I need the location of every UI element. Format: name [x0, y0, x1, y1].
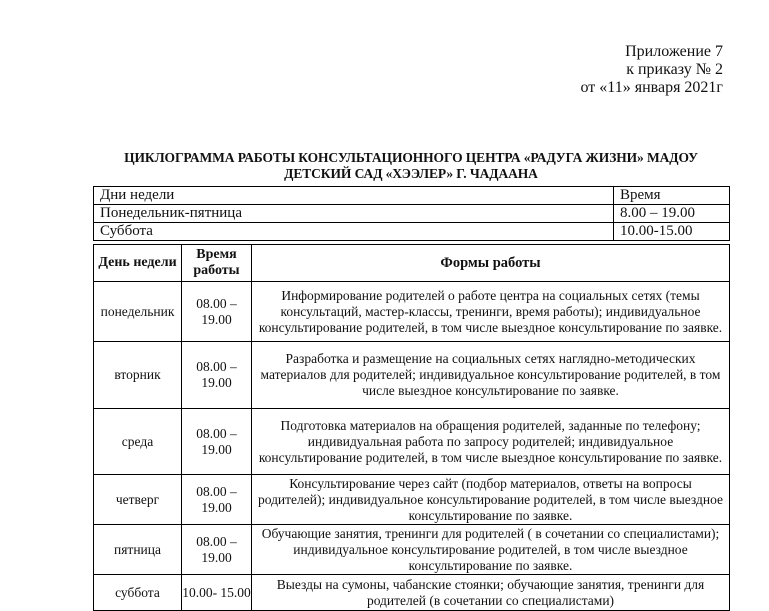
schedule-row-3: четверг08.00 – 19.00Консультирование чер…: [94, 475, 730, 525]
header-time: Время работы: [182, 245, 252, 282]
header-forms: Формы работы: [252, 245, 730, 282]
time-cell: 08.00 – 19.00: [182, 475, 252, 525]
time-cell: 10.00- 15.00: [182, 575, 252, 611]
schedule-row-1: вторник08.00 – 19.00Разработка и размеще…: [94, 342, 730, 409]
appendix-order: к приказу № 2: [581, 61, 723, 79]
forms-cell: Выезды на сумоны, чабанские стоянки; обу…: [252, 575, 730, 611]
summary-row: Суббота 10.00-15.00: [94, 223, 730, 241]
summary-header-row: Дни недели Время: [94, 187, 730, 205]
time-cell: 08.00 – 19.00: [182, 409, 252, 475]
day-cell: вторник: [94, 342, 182, 409]
day-cell: среда: [94, 409, 182, 475]
time-cell: 08.00 – 19.00: [182, 525, 252, 575]
day-cell: суббота: [94, 575, 182, 611]
schedule-row-5: суббота10.00- 15.00Выезды на сумоны, чаб…: [94, 575, 730, 611]
hours-summary-table: Дни недели Время Понедельник-пятница 8.0…: [93, 186, 730, 241]
summary-days: Суббота: [94, 223, 614, 241]
appendix-number: Приложение 7: [581, 43, 723, 61]
summary-time: 8.00 – 19.00: [614, 205, 730, 223]
forms-cell: Информирование родителей о работе центра…: [252, 282, 730, 342]
summary-header-time: Время: [614, 187, 730, 205]
appendix-date: от «11» января 2021г: [581, 79, 723, 97]
summary-time: 10.00-15.00: [614, 223, 730, 241]
day-cell: понедельник: [94, 282, 182, 342]
forms-cell: Разработка и размещение на социальных се…: [252, 342, 730, 409]
schedule-row-4: пятница08.00 – 19.00Обучающие занятия, т…: [94, 525, 730, 575]
summary-header-days: Дни недели: [94, 187, 614, 205]
title-line-1: ЦИКЛОГРАММА РАБОТЫ КОНСУЛЬТАЦИОННОГО ЦЕН…: [93, 150, 729, 166]
document-title: ЦИКЛОГРАММА РАБОТЫ КОНСУЛЬТАЦИОННОГО ЦЕН…: [93, 150, 729, 182]
forms-cell: Подготовка материалов на обращения родит…: [252, 409, 730, 475]
day-cell: четверг: [94, 475, 182, 525]
weekly-schedule-table: День недели Время работы Формы работы по…: [93, 244, 730, 611]
day-cell: пятница: [94, 525, 182, 575]
title-line-2: ДЕТСКИЙ САД «ХЭЭЛЕР» Г. ЧАДААНА: [93, 166, 729, 182]
time-cell: 08.00 – 19.00: [182, 342, 252, 409]
summary-row: Понедельник-пятница 8.00 – 19.00: [94, 205, 730, 223]
header-day: День недели: [94, 245, 182, 282]
forms-cell: Обучающие занятия, тренинги для родителе…: [252, 525, 730, 575]
summary-days: Понедельник-пятница: [94, 205, 614, 223]
forms-cell: Консультирование через сайт (подбор мате…: [252, 475, 730, 525]
schedule-row-2: среда08.00 – 19.00Подготовка материалов …: [94, 409, 730, 475]
schedule-header-row: День недели Время работы Формы работы: [94, 245, 730, 282]
appendix-note: Приложение 7 к приказу № 2 от «11» январ…: [581, 43, 723, 97]
schedule-row-0: понедельник08.00 – 19.00Информирование р…: [94, 282, 730, 342]
time-cell: 08.00 – 19.00: [182, 282, 252, 342]
